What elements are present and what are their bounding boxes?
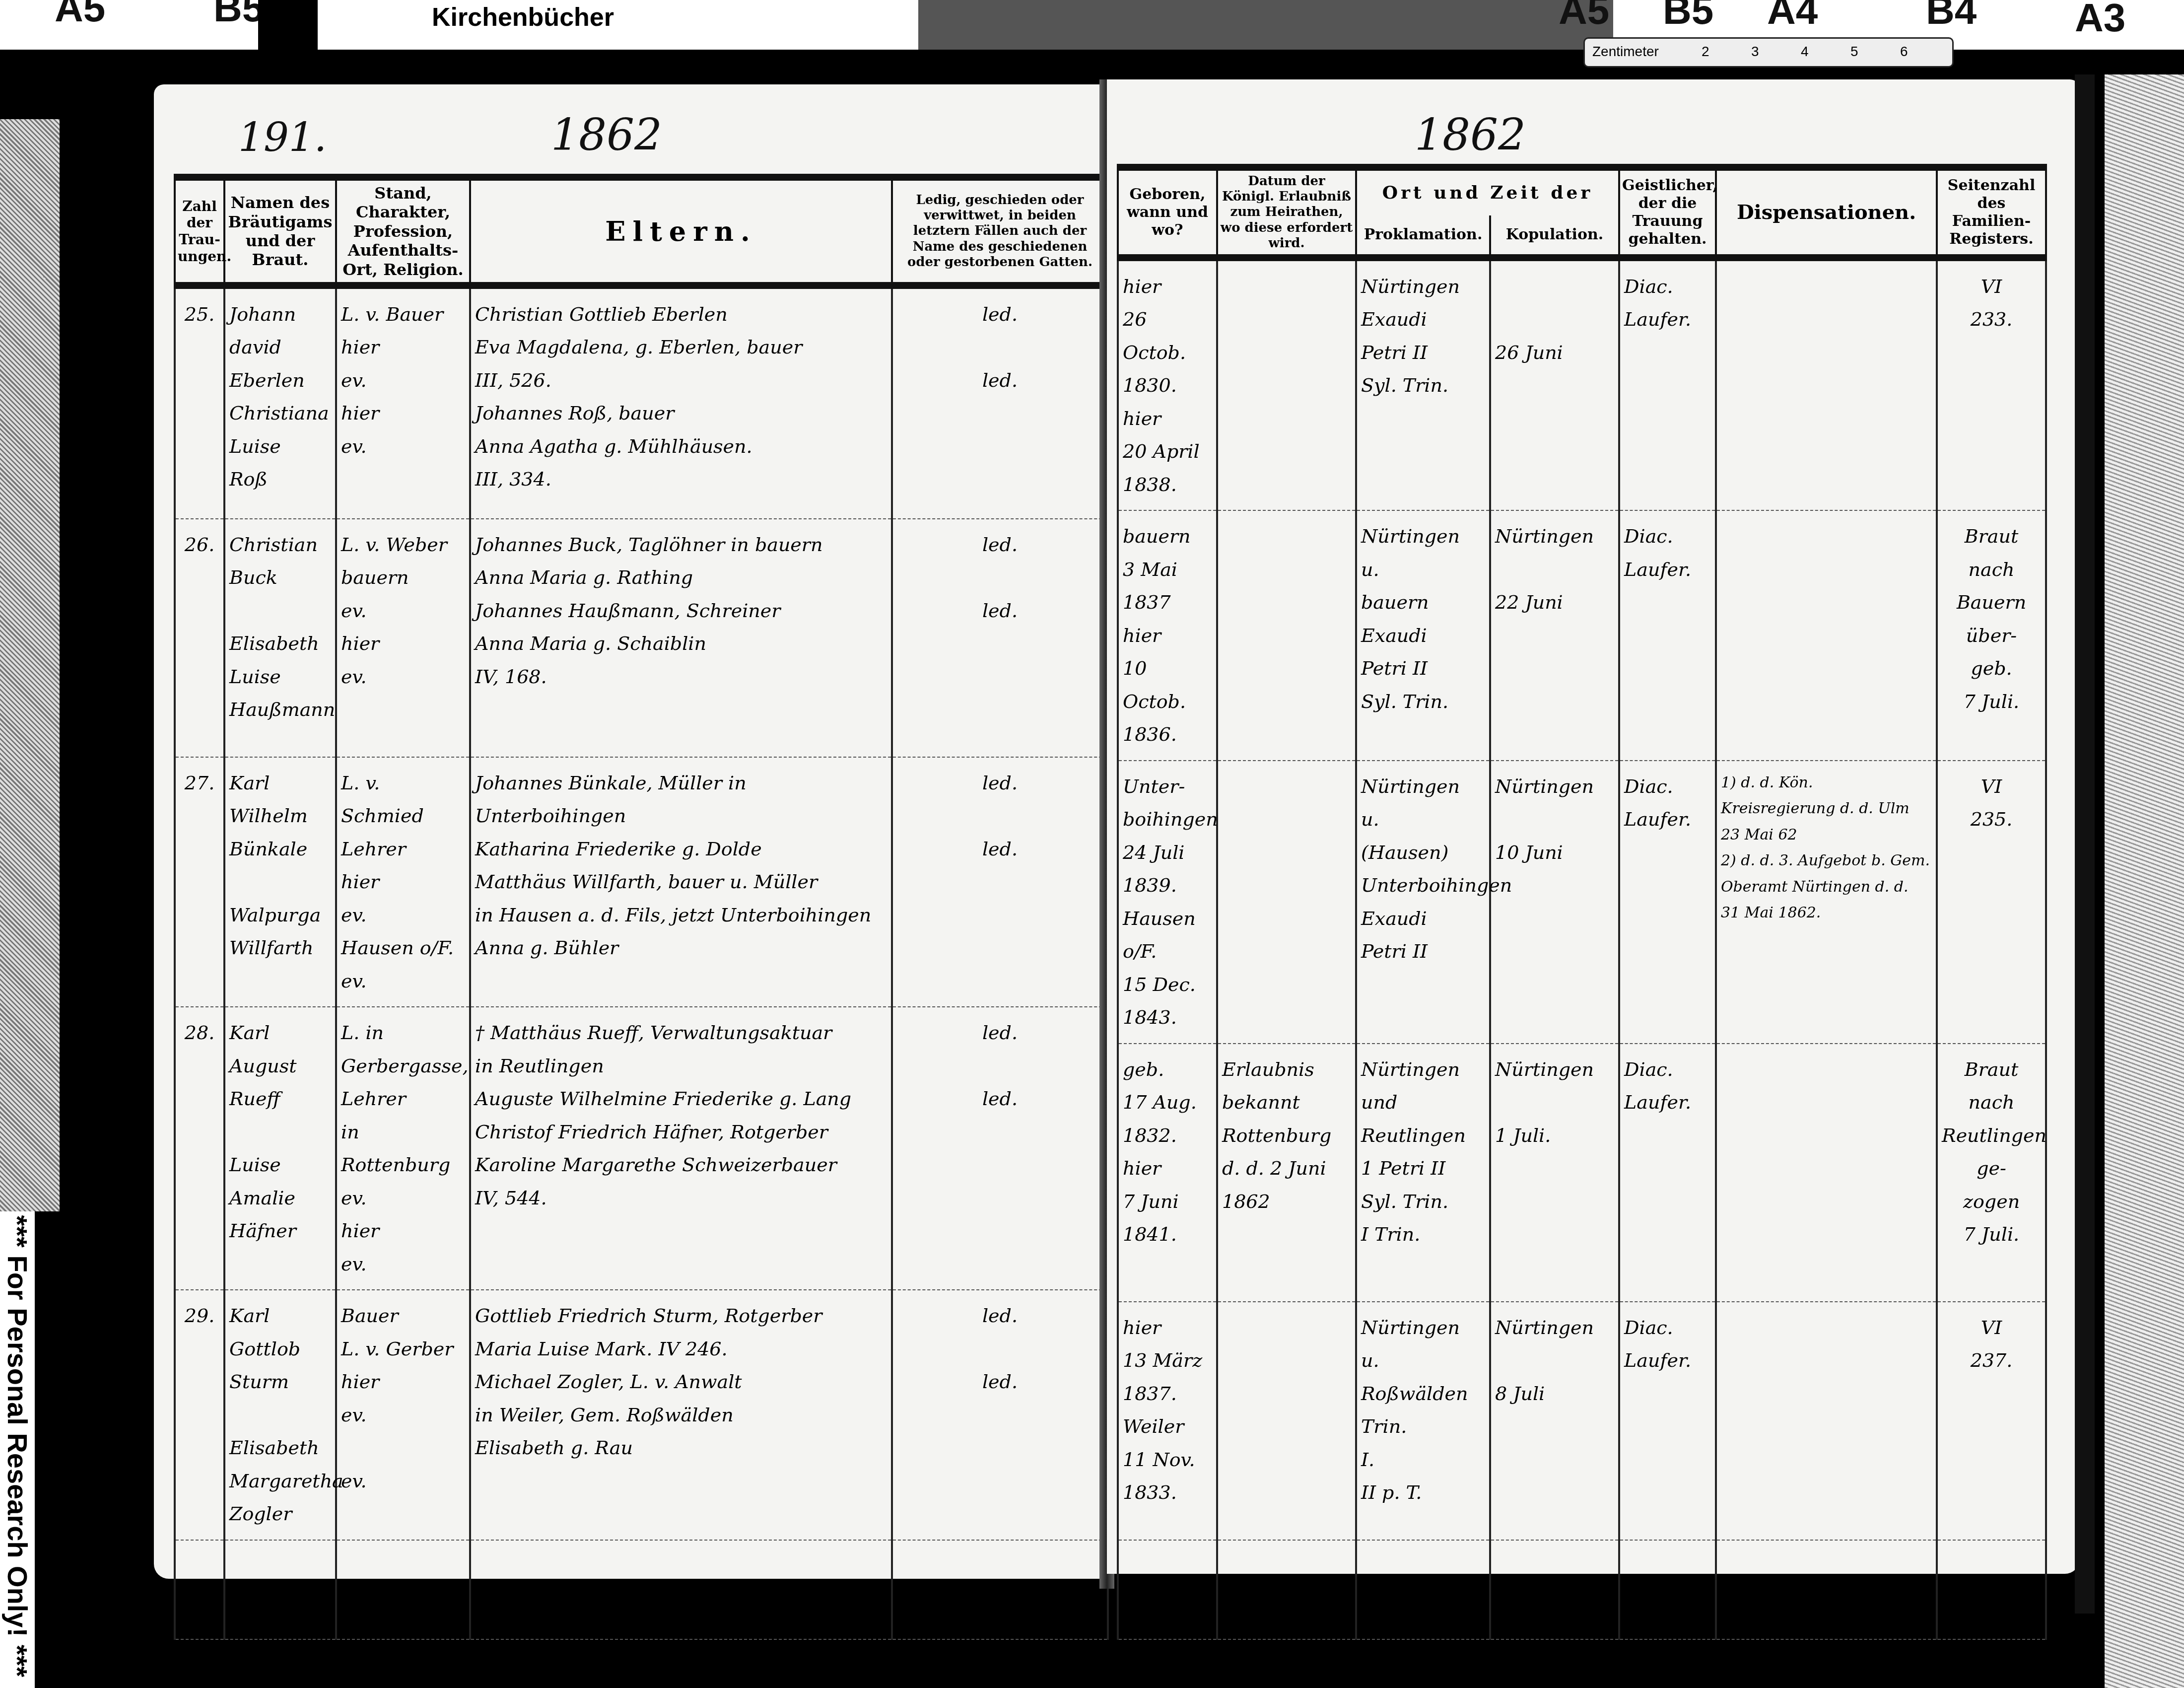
header-clergy: Geistlicher, der die Trauung gehalten. (1619, 167, 1716, 258)
entry-parents: Johannes Buck, Taglöhner in bauern Anna … (470, 519, 892, 757)
left-page: 191. 1862 Zahl der Trau-ungen. Namen des… (154, 84, 1107, 1579)
page-number: 191. (238, 114, 327, 160)
entry-copulation: Nürtingen 22 Juni (1490, 510, 1619, 761)
entry-parents: Christian Gottlieb Eberlen Eva Magdalena… (470, 285, 892, 519)
entry-permission (1217, 761, 1356, 1044)
paper-mark-b5-right: B5 (1663, 0, 1713, 33)
entry-number: 27. (175, 757, 224, 1007)
entry-proclamation: Nürtingen u. Roßwälden Trin. I. II p. T. (1356, 1302, 1490, 1540)
entry-names: Johann david Eberlen Christiana Luise Ro… (224, 285, 336, 519)
paper-mark-a4: A4 (1767, 0, 1818, 33)
entry-proclamation: Nürtingen u. bauern Exaudi Petri II Syl.… (1356, 510, 1490, 761)
ruler-tick: 4 (1801, 44, 1809, 60)
entry-marital: led. led. (892, 285, 1108, 519)
header-place-time: Ort und Zeit der (1356, 167, 1619, 215)
entry-born: hier 26 Octob. 1830. hier 20 April 1838. (1118, 258, 1217, 511)
header-row: Geboren, wann und wo? Datum der Königl. … (1118, 167, 2046, 215)
header-marital: Ledig, geschieden oder verwittwet, in be… (892, 177, 1108, 285)
entry-number: 29. (175, 1290, 224, 1540)
paper-mark-a5-left: A5 (55, 0, 105, 31)
table-row: 28. Karl August Rueff Luise Amalie Häfne… (175, 1007, 1108, 1290)
entry-copulation: Nürtingen 10 Juni (1490, 761, 1619, 1044)
register-table-left: Zahl der Trau-ungen. Namen des Bräutigam… (174, 174, 1109, 1640)
header-copulation: Kopulation. (1490, 215, 1619, 258)
entry-register: VI 235. (1937, 761, 2046, 1044)
ruler-tick: 3 (1751, 44, 1759, 60)
header-row: Zahl der Trau-ungen. Namen des Bräutigam… (175, 177, 1108, 285)
entry-names: Karl Gottlob Sturm Elisabeth Margaretha … (224, 1290, 336, 1540)
entry-names: Christian Buck Elisabeth Luise Haußmann (224, 519, 336, 757)
entry-proclamation: Nürtingen u. (Hausen) Unterboihingen Exa… (1356, 761, 1490, 1044)
ruler-tick: 2 (1702, 44, 1709, 60)
table-row-empty (175, 1540, 1108, 1639)
entry-parents: Gottlieb Friedrich Sturm, Rotgerber Mari… (470, 1290, 892, 1540)
entry-names: Karl Wilhelm Bünkale Walpurga Willfarth (224, 757, 336, 1007)
table-row-empty (1118, 1540, 2046, 1639)
table-row: geb. 17 Aug. 1832. hier 7 Juni 1841. Erl… (1118, 1044, 2046, 1302)
entry-clergy: Diac. Laufer. (1619, 510, 1716, 761)
ruler-tick: 5 (1850, 44, 1858, 60)
entry-parents: Johannes Bünkale, Müller in Unterboihing… (470, 757, 892, 1007)
header-parents: Eltern. (470, 177, 892, 285)
header-permission: Datum der Königl. Erlaubniß zum Heirathe… (1217, 167, 1356, 258)
paper-mark-b4: B4 (1926, 0, 1977, 33)
entry-permission (1217, 258, 1356, 511)
entry-marital: led. led. (892, 519, 1108, 757)
table-row: 26. Christian Buck Elisabeth Luise Haußm… (175, 519, 1108, 757)
entry-register: Braut nach Bauern über- geb. 7 Juli. (1937, 510, 2046, 761)
table-row: 29. Karl Gottlob Sturm Elisabeth Margare… (175, 1290, 1108, 1540)
paper-mark-b5-left: B5 (213, 0, 264, 31)
entry-dispensations (1716, 1302, 1937, 1540)
entry-parents: † Matthäus Rueff, Verwaltungsaktuar in R… (470, 1007, 892, 1290)
right-page: 1862 Geboren, wann und wo? Datum der Kön… (1107, 79, 2080, 1574)
entry-number: 28. (175, 1007, 224, 1290)
entry-clergy: Diac. Laufer. (1619, 1302, 1716, 1540)
header-names: Namen des Bräutigams und der Braut. (224, 177, 336, 285)
scan-edge-noise (0, 119, 60, 1211)
entry-copulation: Nürtingen 8 Juli (1490, 1302, 1619, 1540)
entry-permission: Erlaubnis bekannt Rottenburg d. d. 2 Jun… (1217, 1044, 1356, 1302)
entry-copulation: 26 Juni (1490, 258, 1619, 511)
table-row: 27. Karl Wilhelm Bünkale Walpurga Willfa… (175, 757, 1108, 1007)
entry-clergy: Diac. Laufer. (1619, 1044, 1716, 1302)
entry-number: 25. (175, 285, 224, 519)
page-year: 1862 (1415, 109, 1526, 160)
table-row: hier 13 März 1837. Weiler 11 Nov. 1833. … (1118, 1302, 2046, 1540)
header-dispensations: Dispensationen. (1716, 167, 1937, 258)
entry-status: L. v. Bauer hier ev. hier ev. (336, 285, 470, 519)
entry-permission (1217, 510, 1356, 761)
entry-marital: led. led. (892, 1007, 1108, 1290)
entry-status: Bauer L. v. Gerber hier ev. ev. (336, 1290, 470, 1540)
entry-status: L. v. Weber bauern ev. hier ev. (336, 519, 470, 757)
entry-proclamation: Nürtingen und Reutlingen 1 Petri II Syl.… (1356, 1044, 1490, 1302)
entry-marital: led. led. (892, 757, 1108, 1007)
header-status: Stand, Charakter, Profession, Aufenthalt… (336, 177, 470, 285)
header-register: Seitenzahl des Familien-Registers. (1937, 167, 2046, 258)
entry-number: 26. (175, 519, 224, 757)
entry-copulation: Nürtingen 1 Juli. (1490, 1044, 1619, 1302)
entry-status: L. v. Schmied Lehrer hier ev. Hausen o/F… (336, 757, 470, 1007)
entry-born: Unter- boihingen 24 Juli 1839. Hausen o/… (1118, 761, 1217, 1044)
header-born: Geboren, wann und wo? (1118, 167, 1217, 258)
scan-right-noise (2105, 74, 2184, 1688)
entry-dispensations: 1) d. d. Kön. Kreisregierung d. d. Ulm 2… (1716, 761, 1937, 1044)
entry-register: Braut nach Reutlingen ge- zogen 7 Juli. (1937, 1044, 2046, 1302)
paper-mark-a5-right: A5 (1559, 0, 1609, 33)
entry-born: bauern 3 Mai 1837 hier 10 Octob. 1836. (1118, 510, 1217, 761)
entry-dispensations (1716, 1044, 1937, 1302)
table-row: Unter- boihingen 24 Juli 1839. Hausen o/… (1118, 761, 2046, 1044)
entry-status: L. in Gerbergasse, Lehrer in Rottenburg … (336, 1007, 470, 1290)
watermark-strip: *** For Personal Research Only! *** (0, 1211, 35, 1688)
header-proclamation: Proklamation. (1356, 215, 1490, 258)
entry-born: geb. 17 Aug. 1832. hier 7 Juni 1841. (1118, 1044, 1217, 1302)
entry-names: Karl August Rueff Luise Amalie Häfner (224, 1007, 336, 1290)
header-number: Zahl der Trau-ungen. (175, 177, 224, 285)
entry-register: VI 237. (1937, 1302, 2046, 1540)
entry-dispensations (1716, 510, 1937, 761)
entry-marital: led. led. (892, 1290, 1108, 1540)
table-row: hier 26 Octob. 1830. hier 20 April 1838.… (1118, 258, 2046, 511)
entry-born: hier 13 März 1837. Weiler 11 Nov. 1833. (1118, 1302, 1217, 1540)
paper-mark-a3: A3 (2075, 0, 2125, 41)
watermark-text: *** For Personal Research Only! *** (1, 1215, 34, 1677)
archive-label: Kirchenbücher (432, 2, 614, 32)
centimeter-ruler: Zentimeter 2 3 4 5 6 (1583, 37, 1954, 68)
scan-shadow (918, 0, 1613, 50)
book-edge (2075, 74, 2095, 1614)
entry-clergy: Diac. Laufer. (1619, 258, 1716, 511)
divider-block (258, 0, 318, 50)
page-year: 1862 (551, 109, 662, 160)
ruler-tick: 6 (1900, 44, 1908, 60)
entry-register: VI 233. (1937, 258, 2046, 511)
entry-permission (1217, 1302, 1356, 1540)
entry-clergy: Diac. Laufer. (1619, 761, 1716, 1044)
table-row: 25. Johann david Eberlen Christiana Luis… (175, 285, 1108, 519)
entry-proclamation: Nürtingen Exaudi Petri II Syl. Trin. (1356, 258, 1490, 511)
ruler-label: Zentimeter (1592, 44, 1659, 60)
entry-dispensations (1716, 258, 1937, 511)
register-table-right: Geboren, wann und wo? Datum der Königl. … (1117, 164, 2047, 1640)
table-row: bauern 3 Mai 1837 hier 10 Octob. 1836. N… (1118, 510, 2046, 761)
